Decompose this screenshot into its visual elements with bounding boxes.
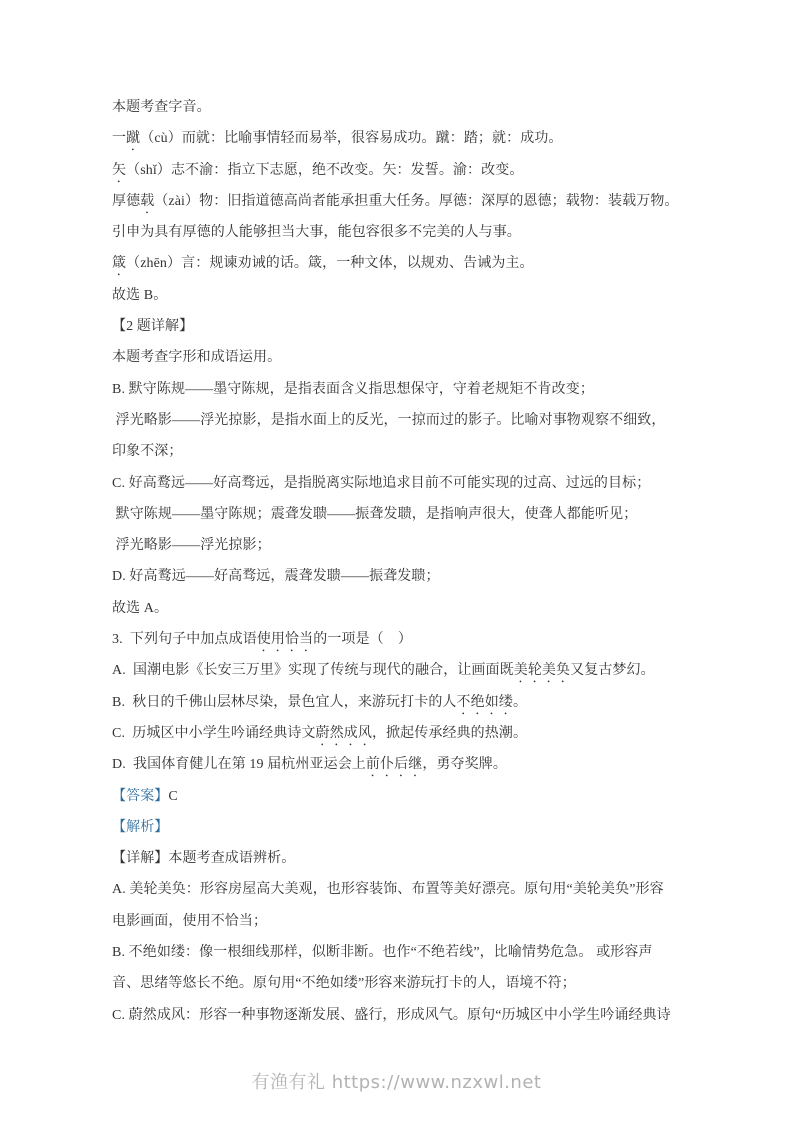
text-segment: 厚德: [112, 194, 140, 209]
emphasized-text: 箴: [112, 256, 126, 271]
text-segment: （cù）而就：比喻事情轻而易举，很容易成功。蹴：踏；就：成功。: [140, 131, 562, 146]
text-segment: 3. 下列句子中加点成语: [112, 632, 257, 647]
text-line: 故选 A。: [112, 593, 687, 624]
text-segment: 的一项是（ ）: [313, 632, 412, 647]
text-segment: 。: [513, 695, 527, 710]
text-line: 【答案】C: [112, 781, 687, 812]
text-line: B. 不绝如缕：像一根细线那样，似断非断。也作“不绝若线”，比喻情势危急。 或形…: [112, 937, 687, 968]
text-segment: 故选 A。: [112, 601, 168, 616]
text-segment: C. 历城区中小学生吟诵经典诗文: [112, 726, 316, 741]
text-segment: （shǐ）志不渝：指立下志愿，绝不改变。矢：发誓。渝：改变。: [126, 163, 523, 178]
text-segment: （zhēn）言：规谏劝诫的话。箴，一种文体，以规劝、告诫为主。: [126, 256, 534, 271]
text-segment: D. 我国体育健儿在第 19 届杭州亚运会上: [112, 757, 366, 772]
text-line: 音、思绪等悠长不绝。原句用“不绝如缕”形容来游玩打卡的人，语境不符；: [112, 968, 687, 999]
document-page: 本题考查字音。一蹴（cù）而就：比喻事情轻而易举，很容易成功。蹴：踏；就：成功。…: [0, 0, 793, 1122]
document-body: 本题考查字音。一蹴（cù）而就：比喻事情轻而易举，很容易成功。蹴：踏；就：成功。…: [112, 92, 687, 1031]
emphasized-text: 蹴: [126, 131, 140, 146]
text-line: A. 美轮美奂：形容房屋高大美观，也形容装饰、布置等美好漂亮。原句用“美轮美奂”…: [112, 874, 687, 905]
text-segment: 故选 B。: [112, 288, 167, 303]
text-line: C. 蔚然成风：形容一种事物逐渐发展、盛行，形成风气。原句“历城区中小学生吟诵经…: [112, 1000, 687, 1031]
text-segment: 【2 题详解】: [112, 319, 193, 334]
text-line: 故选 B。: [112, 280, 687, 311]
text-segment: 本题考查字形和成语运用。: [112, 350, 281, 365]
text-segment: B. 默守陈规——墨守陈规，是指表面含义指思想保守，守着老规矩不肯改变；: [112, 382, 594, 397]
emphasized-text: 美轮美奂: [514, 663, 570, 678]
text-line: 【2 题详解】: [112, 311, 687, 342]
text-segment: 一: [112, 131, 126, 146]
text-line: 箴（zhēn）言：规谏劝诫的话。箴，一种文体，以规劝、告诫为主。: [112, 248, 687, 279]
text-segment: B. 不绝如缕：像一根细线那样，似断非断。也作“不绝若线”，比喻情势危急。 或形…: [112, 945, 652, 960]
text-segment: B. 秋日的千佛山层林尽染，景色宜人，来游玩打卡的人: [112, 695, 457, 710]
text-segment: 印象不深；: [112, 444, 183, 459]
text-segment: ，勇夺奖牌。: [422, 757, 507, 772]
text-segment: A. 美轮美奂：形容房屋高大美观，也形容装饰、布置等美好漂亮。原句用“美轮美奂”…: [112, 882, 664, 897]
text-segment: 音、思绪等悠长不绝。原句用“不绝如缕”形容来游玩打卡的人，语境不符；: [112, 976, 576, 991]
text-segment: （zài）物：旧指道德高尚者能承担重大任务。厚德：深厚的恩德；载物：装载万物。: [154, 194, 678, 209]
text-line: 一蹴（cù）而就：比喻事情轻而易举，很容易成功。蹴：踏；就：成功。: [112, 123, 687, 154]
text-segment: C. 好高鹜远——好高骛远，是指脱离实际地追求目前不可能实现的过高、过远的目标；: [112, 476, 650, 491]
watermark-footer: 有渔有礼 https://www.nzxwl.net: [0, 1068, 793, 1094]
text-segment: 电影画面，使用不恰当；: [112, 914, 267, 929]
text-line: 矢（shǐ）志不渝：指立下志愿，绝不改变。矢：发誓。渝：改变。: [112, 155, 687, 186]
text-segment: 又复古梦幻。: [570, 663, 655, 678]
text-line: 浮光略影——浮光掠影；: [112, 530, 687, 561]
text-line: 电影画面，使用不恰当；: [112, 906, 687, 937]
emphasized-text: 使用恰当: [257, 632, 313, 647]
text-line: D. 我国体育健儿在第 19 届杭州亚运会上前仆后继，勇夺奖牌。: [112, 749, 687, 780]
text-line: C. 历城区中小学生吟诵经典诗文蔚然成风，掀起传承经典的热潮。: [112, 718, 687, 749]
text-segment: 默守陈规——墨守陈规；震聋发聩——振聋发聩，是指响声很大，使聋人都能听见；: [112, 507, 637, 522]
text-segment: 【详解】本题考查成语辨析。: [112, 851, 295, 866]
text-line: 【解析】: [112, 812, 687, 843]
watermark-text: 有渔有礼 https://www.nzxwl.net: [252, 1072, 542, 1093]
text-line: D. 好高鹜远——好高骛远，震聋发聩——振聋发聩；: [112, 561, 687, 592]
text-segment: 引申为具有厚德的人能够担当大事，能包容很多不完美的人与事。: [112, 225, 521, 240]
section-label: 【解析】: [112, 820, 168, 835]
text-segment: D. 好高鹜远——好高骛远，震聋发聩——振聋发聩；: [112, 569, 440, 584]
text-segment: 本题考查字音。: [112, 100, 211, 115]
text-line: A. 国潮电影《长安三万里》实现了传统与现代的融合，让画面既美轮美奂又复古梦幻。: [112, 655, 687, 686]
section-label: 【答案】: [112, 789, 168, 804]
text-line: 引申为具有厚德的人能够担当大事，能包容很多不完美的人与事。: [112, 217, 687, 248]
emphasized-text: 矢: [112, 163, 126, 178]
emphasized-text: 前仆后继: [366, 757, 422, 772]
text-line: 厚德载（zài）物：旧指道德高尚者能承担重大任务。厚德：深厚的恩德；载物：装载万…: [112, 186, 687, 217]
text-line: 【详解】本题考查成语辨析。: [112, 843, 687, 874]
text-line: B. 默守陈规——墨守陈规，是指表面含义指思想保守，守着老规矩不肯改变；: [112, 374, 687, 405]
text-segment: 浮光略影——浮光掠影；: [112, 538, 271, 553]
emphasized-text: 不绝如缕: [457, 695, 513, 710]
text-line: 浮光略影——浮光掠影，是指水面上的反光，一掠而过的影子。比喻对事物观察不细致，: [112, 405, 687, 436]
text-line: 印象不深；: [112, 436, 687, 467]
text-line: 3. 下列句子中加点成语使用恰当的一项是（ ）: [112, 624, 687, 655]
text-segment: A. 国潮电影《长安三万里》实现了传统与现代的融合，让画面既: [112, 663, 514, 678]
emphasized-text: 蔚然成风: [316, 726, 372, 741]
text-line: B. 秋日的千佛山层林尽染，景色宜人，来游玩打卡的人不绝如缕。: [112, 687, 687, 718]
text-line: 默守陈规——墨守陈规；震聋发聩——振聋发聩，是指响声很大，使聋人都能听见；: [112, 499, 687, 530]
emphasized-text: 载: [140, 194, 154, 209]
text-line: 本题考查字音。: [112, 92, 687, 123]
text-line: 本题考查字形和成语运用。: [112, 342, 687, 373]
text-segment: C. 蔚然成风：形容一种事物逐渐发展、盛行，形成风气。原句“历城区中小学生吟诵经…: [112, 1008, 671, 1023]
text-segment: 浮光略影——浮光掠影，是指水面上的反光，一掠而过的影子。比喻对事物观察不细致，: [112, 413, 666, 428]
text-line: C. 好高鹜远——好高骛远，是指脱离实际地追求目前不可能实现的过高、过远的目标；: [112, 468, 687, 499]
text-segment: ，掀起传承经典的热潮。: [372, 726, 527, 741]
text-segment: C: [168, 789, 177, 804]
